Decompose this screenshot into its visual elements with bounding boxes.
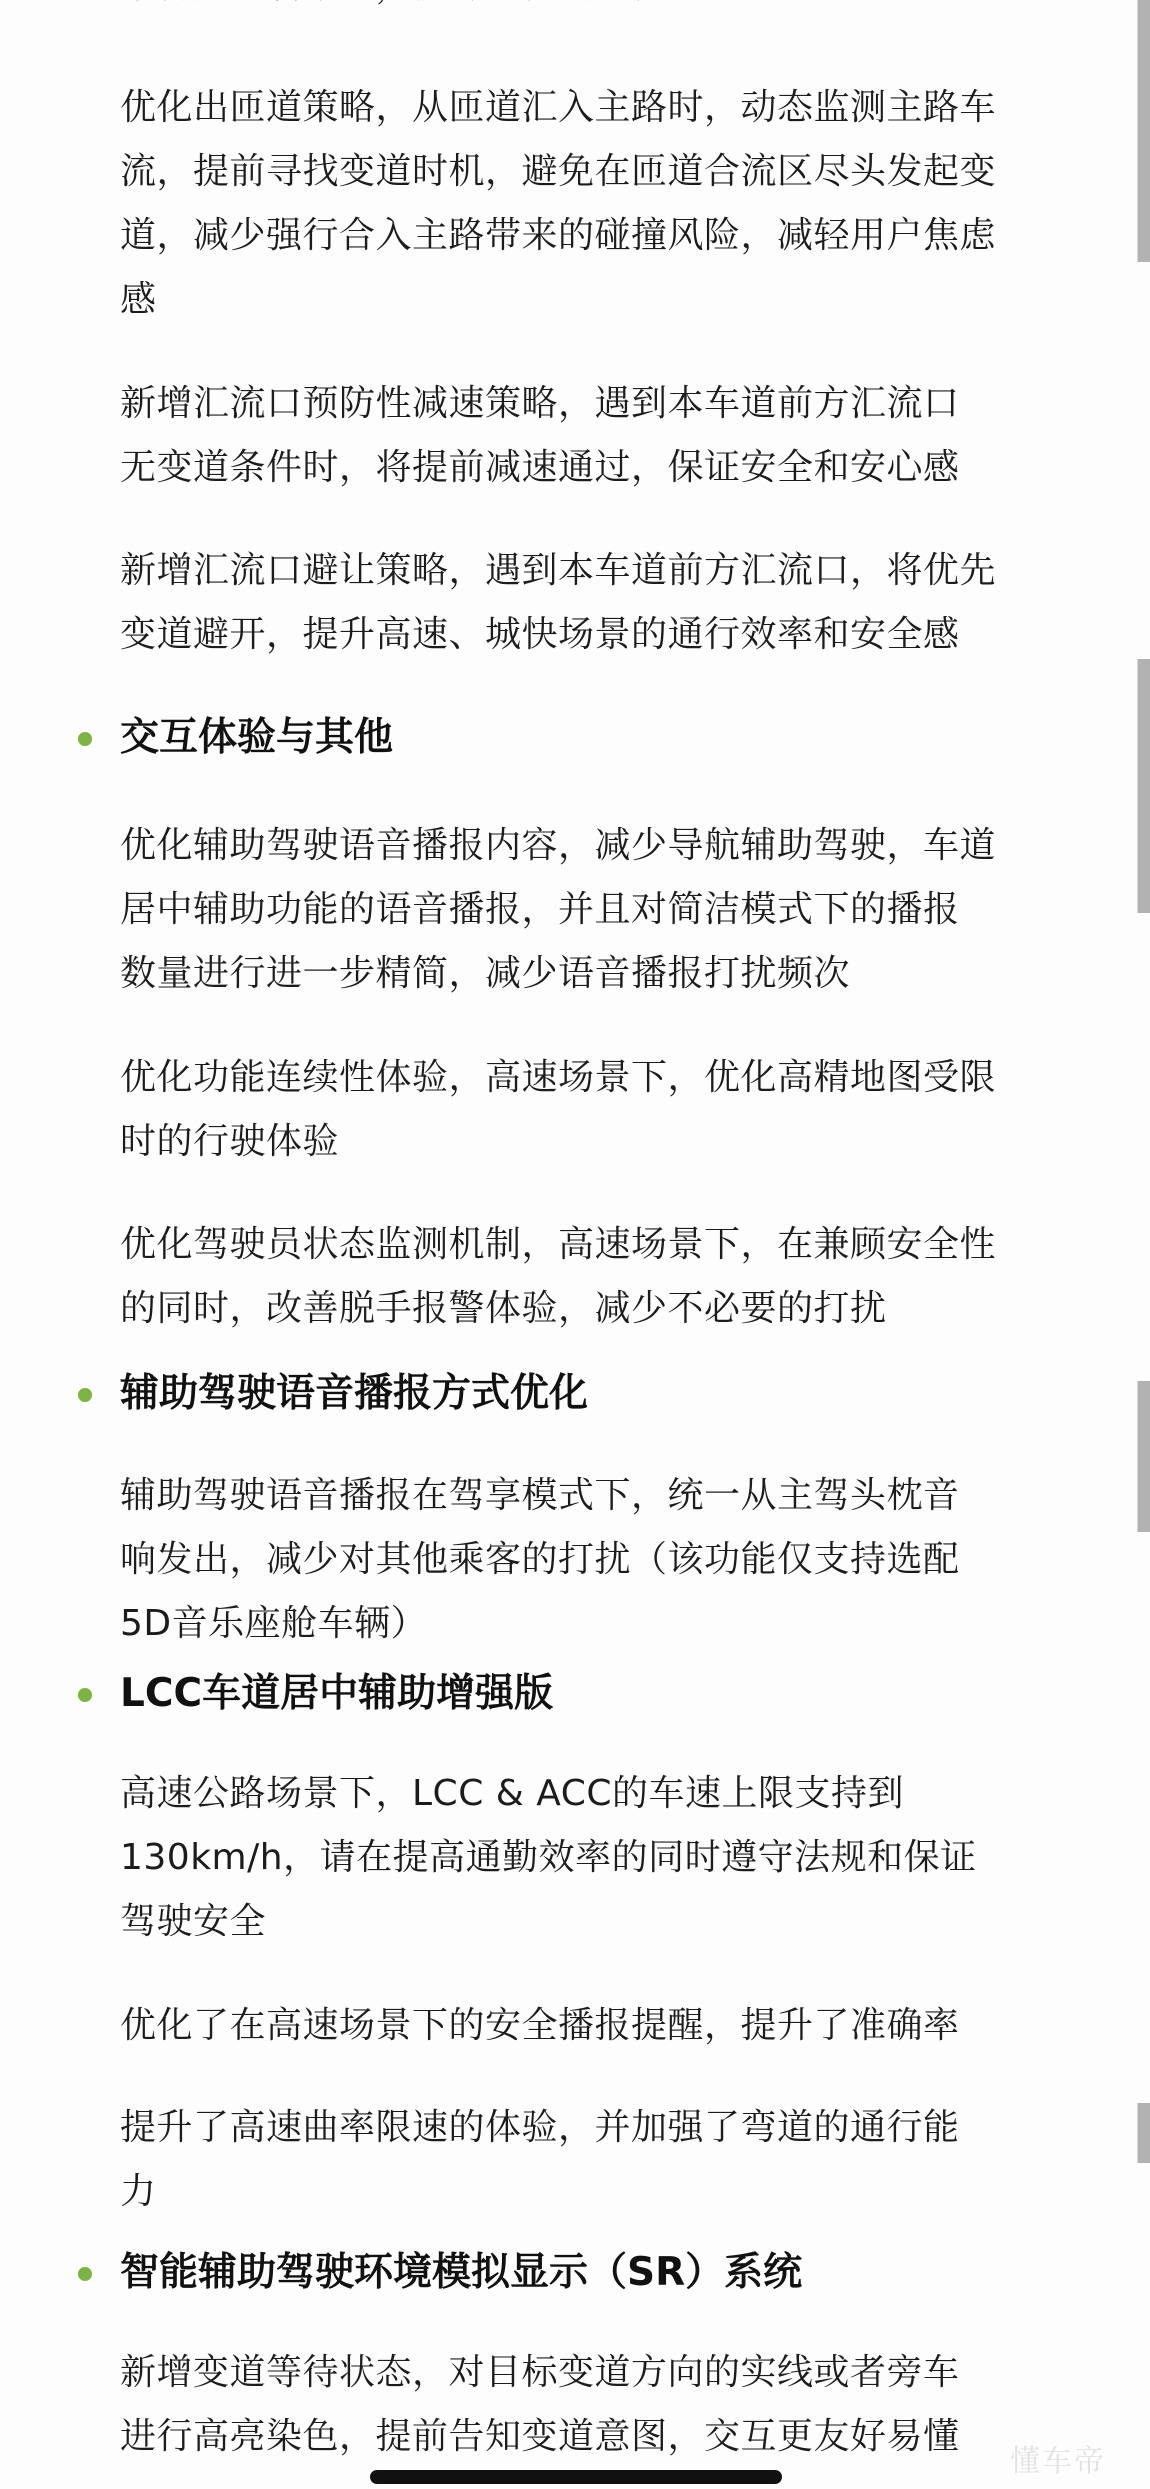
watermark: 懂车帝: [1010, 2436, 1106, 2480]
text-line: 辅助驾驶语音播报在驾享模式下，统一从主驾头枕音: [120, 1464, 1080, 1528]
text-line: 优化出匝道策略，从匝道汇入主路时，动态监测主路车: [120, 76, 1080, 140]
text-line: 响发出，减少对其他乘客的打扰（该功能仅支持选配: [120, 1528, 1080, 1592]
paragraph: 优化出匝道策略，从匝道汇入主路时，动态监测主路车 流，提前寻找变道时机，避免在匝…: [120, 76, 1080, 332]
scrollbar-thumb[interactable]: [1137, 2103, 1150, 2163]
text-line: 提升了高速曲率限速的体验，并加强了弯道的通行能: [120, 2096, 1080, 2160]
text-line: 道，减少强行合入主路带来的碰撞风险，减轻用户焦虑: [120, 204, 1080, 268]
text-line: 优化驾驶员状态监测机制，高速场景下，在兼顾安全性: [120, 1213, 1080, 1277]
paragraph: 新增变道等待状态，对目标变道方向的实线或者旁车 进行高亮染色，提前告知变道意图，…: [120, 2341, 1080, 2469]
text-line: 驾驶安全: [120, 1890, 1080, 1954]
text-line: 新增汇流口预防性减速策略，遇到本车道前方汇流口: [120, 372, 1080, 436]
text-line: 感: [120, 268, 1080, 332]
paragraph: 优化了在高速场景下的安全播报提醒，提升了准确率: [120, 1994, 1080, 2058]
paragraph: 新增汇流口预防性减速策略，遇到本车道前方汇流口 无变道条件时，将提前减速通过，保…: [120, 372, 1080, 500]
bullet-dot-icon: [78, 1688, 92, 1702]
section-heading-sr-system: 智能辅助驾驶环境模拟显示（SR）系统: [120, 2241, 1080, 2305]
text-line: 高速公路场景下，LCC & ACC的车速上限支持到: [120, 1762, 1080, 1826]
heading-text: 辅助驾驶语音播报方式优化: [120, 1371, 588, 1416]
section-heading-interaction: 交互体验与其他: [120, 706, 1080, 770]
paragraph: 辅助驾驶语音播报在驾享模式下，统一从主驾头枕音 响发出，减少对其他乘客的打扰（该…: [120, 1464, 1080, 1656]
scrollbar-thumb[interactable]: [1137, 659, 1150, 913]
text-line: 力: [120, 2160, 1080, 2224]
text-line: 率智能控制车速，提升通行安全性: [120, 0, 1080, 18]
paragraph: 优化驾驶员状态监测机制，高速场景下，在兼顾安全性 的同时，改善脱手报警体验，减少…: [120, 1213, 1080, 1341]
text-line: 新增变道等待状态，对目标变道方向的实线或者旁车: [120, 2341, 1080, 2405]
text-line: 新增汇流口避让策略，遇到本车道前方汇流口，将优先: [120, 539, 1080, 603]
text-line: 居中辅助功能的语音播报，并且对简洁模式下的播报: [120, 878, 1080, 942]
paragraph: 优化功能连续性体验，高速场景下，优化高精地图受限 时的行驶体验: [120, 1046, 1080, 1174]
bullet-dot-icon: [78, 732, 92, 746]
text-line: 130km/h，请在提高通勤效率的同时遵守法规和保证: [120, 1826, 1080, 1890]
heading-text: 交互体验与其他: [120, 715, 393, 760]
text-line: 数量进行进一步精简，减少语音播报打扰频次: [120, 942, 1080, 1006]
text-line: 无变道条件时，将提前减速通过，保证安全和安心感: [120, 436, 1080, 500]
home-indicator-bar[interactable]: [370, 2470, 782, 2484]
paragraph: 新增汇流口避让策略，遇到本车道前方汇流口，将优先 变道避开，提升高速、城快场景的…: [120, 539, 1080, 667]
text-line: 的同时，改善脱手报警体验，减少不必要的打扰: [120, 1277, 1080, 1341]
section-heading-lcc: LCC车道居中辅助增强版: [120, 1662, 1080, 1726]
scrollbar-thumb[interactable]: [1137, 0, 1150, 262]
text-line: 变道避开，提升高速、城快场景的通行效率和安全感: [120, 603, 1080, 667]
text-line: 优化辅助驾驶语音播报内容，减少导航辅助驾驶，车道: [120, 814, 1080, 878]
heading-text: LCC车道居中辅助增强版: [120, 1671, 553, 1716]
heading-text: 智能辅助驾驶环境模拟显示（SR）系统: [120, 2250, 802, 2295]
paragraph: 优化辅助驾驶语音播报内容，减少导航辅助驾驶，车道 居中辅助功能的语音播报，并且对…: [120, 814, 1080, 1006]
text-line: 流，提前寻找变道时机，避免在匝道合流区尽头发起变: [120, 140, 1080, 204]
text-line: 优化了在高速场景下的安全播报提醒，提升了准确率: [120, 1994, 1080, 2058]
bullet-dot-icon: [78, 1388, 92, 1402]
text-line: 进行高亮染色，提前告知变道意图，交互更友好易懂: [120, 2405, 1080, 2469]
text-line: 5D音乐座舱车辆）: [120, 1592, 1080, 1656]
bullet-dot-icon: [78, 2267, 92, 2281]
text-line: 时的行驶体验: [120, 1110, 1080, 1174]
paragraph: 高速公路场景下，LCC & ACC的车速上限支持到 130km/h，请在提高通勤…: [120, 1762, 1080, 1954]
paragraph: 率智能控制车速，提升通行安全性: [120, 0, 1080, 18]
paragraph: 提升了高速曲率限速的体验，并加强了弯道的通行能 力: [120, 2096, 1080, 2224]
scrollbar-thumb[interactable]: [1137, 1381, 1150, 1532]
text-line: 优化功能连续性体验，高速场景下，优化高精地图受限: [120, 1046, 1080, 1110]
section-heading-voice-broadcast: 辅助驾驶语音播报方式优化: [120, 1362, 1080, 1426]
